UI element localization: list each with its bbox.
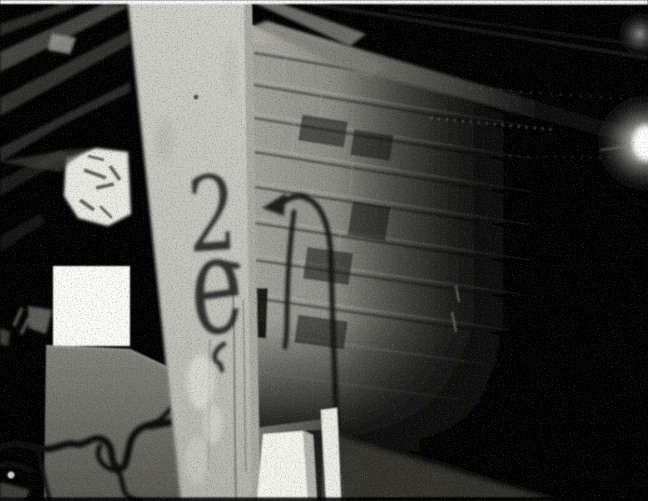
photo-construction-interior: 2 e <box>0 0 648 501</box>
photo-canvas: 2 e <box>0 0 648 501</box>
grain-pepper <box>0 0 648 501</box>
